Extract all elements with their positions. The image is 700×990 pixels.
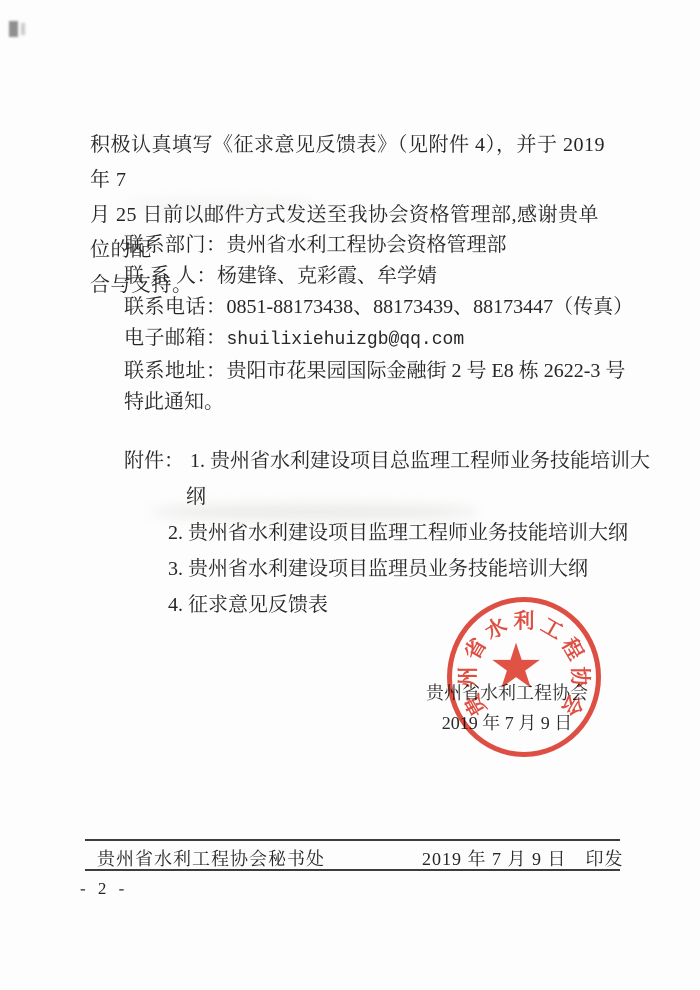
contact-email-value: shuilixiehuizgb@qq.com [227,330,465,350]
star-icon: ★ [488,636,544,698]
attachments-label: 附件： [124,450,184,472]
seal-arc-char: 协 [568,665,592,689]
footer-issuer: 贵州省水利工程协会秘书处 [97,845,325,871]
attachment-item-3: 3. 贵州省水利建设项目监理员业务技能培训大纲 [124,551,624,587]
contact-department-value: 贵州省水利工程协会资格管理部 [227,234,507,256]
contact-department-label: 联系部门： [124,234,227,256]
contact-address-row: 联系地址：贵阳市花果园国际金融街 2 号 E8 栋 2622-3 号 [124,356,614,387]
contact-address-value: 贵阳市花果园国际金融街 2 号 E8 栋 2622-3 号 [227,360,626,382]
closing-statement: 特此通知。 [124,387,614,418]
contact-person-row: 联 系 人：杨建锋、克彩霞、牟学婧 [124,261,614,292]
footer-rule-top [85,839,620,841]
page-number: - 2 - [80,879,128,899]
official-seal: 贵 州 省 水 利 工 程 协 会 ★ [447,597,601,757]
scan-artifact [9,21,18,37]
contact-person-label: 联 系 人： [124,265,217,287]
contact-department-row: 联系部门：贵州省水利工程协会资格管理部 [124,230,614,261]
document-page: 积极认真填写《征求意见反馈表》（见附件 4），并于 2019 年 7 月 25 … [0,0,700,990]
contact-block: 联系部门：贵州省水利工程协会资格管理部 联 系 人：杨建锋、克彩霞、牟学婧 联系… [124,230,614,418]
contact-phone-value: 0851-88173438、88173439、88173447（传真） [227,296,634,318]
footer-rule-bottom [85,869,620,871]
scan-artifact [21,23,25,35]
attachment-item-1-continuation: 纲 [124,479,624,515]
contact-email-row: 电子邮箱：shuilixiehuizgb@qq.com [124,323,614,356]
contact-phone-label: 联系电话： [124,296,227,318]
attachment-item-1: 附件：1. 贵州省水利建设项目总监理工程师业务技能培训大 [124,443,624,479]
attachment-item-2: 2. 贵州省水利建设项目监理工程师业务技能培训大纲 [124,515,624,551]
contact-phone-row: 联系电话：0851-88173438、88173439、88173447（传真） [124,292,614,323]
attachments-block: 附件：1. 贵州省水利建设项目总监理工程师业务技能培训大 纲 2. 贵州省水利建… [124,443,624,623]
seal-arc-char: 州 [456,665,480,689]
body-line: 积极认真填写《征求意见反馈表》（见附件 4），并于 2019 年 7 [90,128,605,198]
contact-person-value: 杨建锋、克彩霞、牟学婧 [217,265,437,287]
contact-email-label: 电子邮箱： [124,327,227,349]
attachment-item-1-text: 1. 贵州省水利建设项目总监理工程师业务技能培训大 [190,450,650,472]
footer-print-date: 2019 年 7 月 9 日 印发 [422,845,624,871]
contact-address-label: 联系地址： [124,360,227,382]
